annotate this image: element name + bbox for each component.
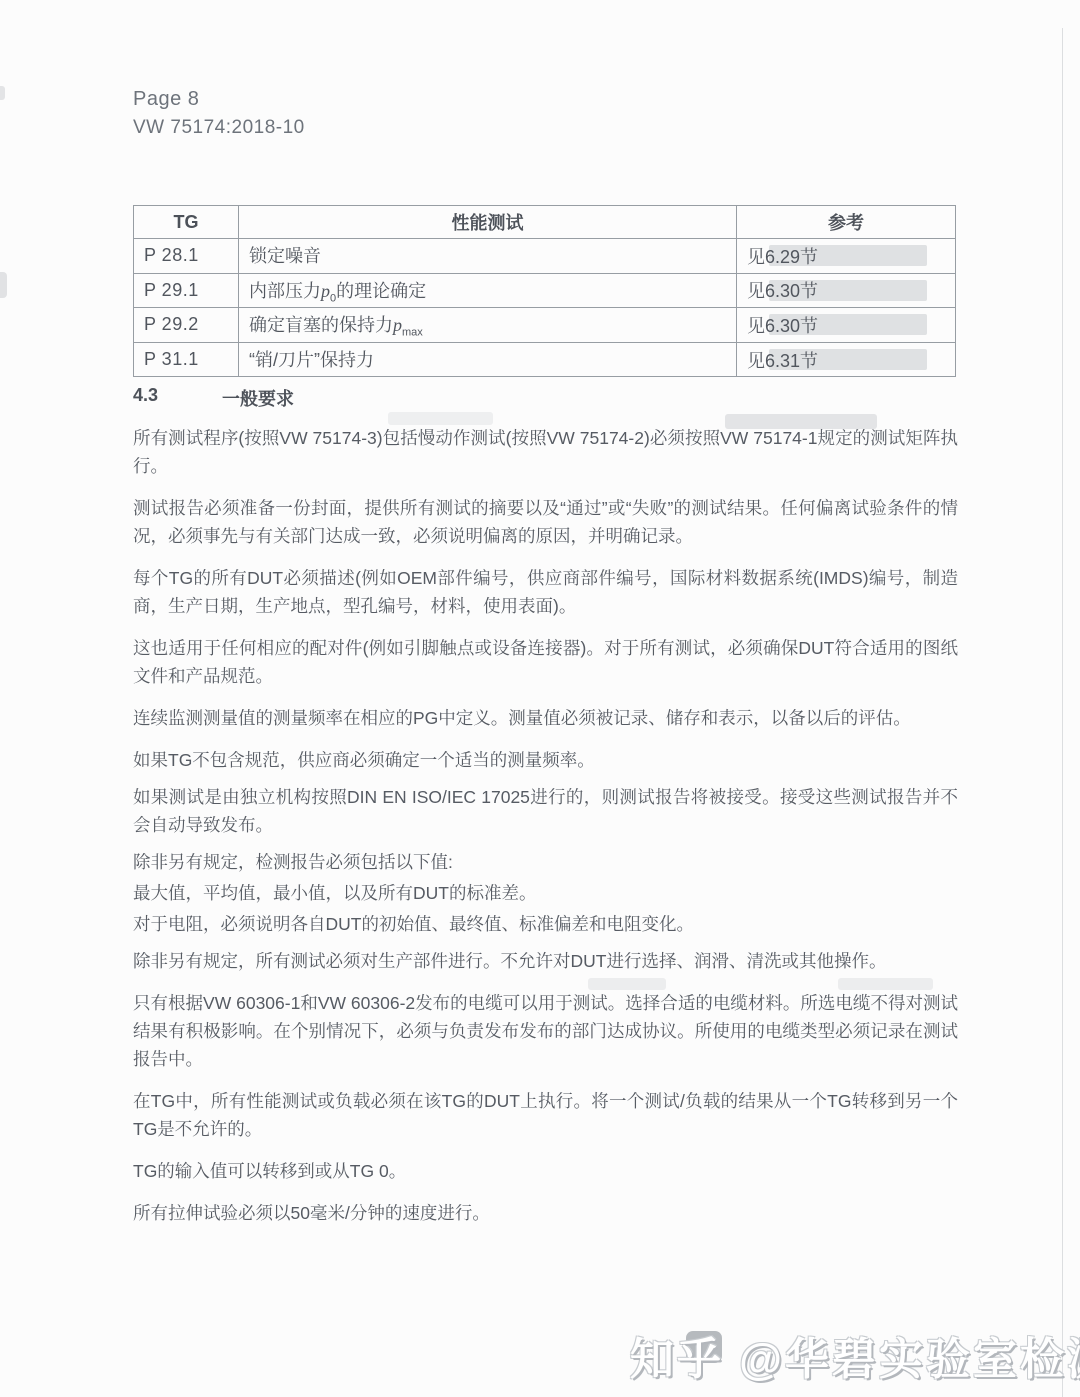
- watermark-smudge: [725, 414, 877, 429]
- table-row: P 28.1 锁定噪音 见6.29节: [134, 239, 956, 274]
- cell-test-name: 确定盲塞的保持力pmax: [239, 308, 737, 343]
- paragraph: 所有测试程序(按照VW 75174-3)包括慢动作测试(按照VW 75174-2…: [133, 424, 958, 480]
- scan-blob-artifact: [0, 86, 5, 100]
- cell-tg-code: P 28.1: [134, 239, 239, 274]
- paragraph: 只有根据VW 60306-1和VW 60306-2发布的电缆可以用于测试。选择合…: [133, 989, 958, 1073]
- cell-test-name: 内部压力p0的理论确定: [239, 273, 737, 308]
- table-header-row: TG 性能测试 参考: [134, 206, 956, 239]
- body-text: 所有测试程序(按照VW 75174-3)包括慢动作测试(按照VW 75174-2…: [133, 424, 958, 1241]
- paragraph: 除非另有规定，检测报告必须包括以下值:: [133, 848, 958, 876]
- cell-tg-code: P 29.2: [134, 308, 239, 343]
- zhihu-watermark: 知乎 @华碧实验室检测: [630, 1323, 1080, 1387]
- cell-tg-code: P 31.1: [134, 342, 239, 377]
- watermark-smudge: [588, 978, 666, 990]
- table-row: P 31.1 “销/刀片”保持力 见6.31节: [134, 342, 956, 377]
- paragraph: TG的输入值可以转移到或从TG 0。: [133, 1157, 958, 1185]
- section-title: 一般要求: [222, 385, 294, 411]
- paragraph: 除非另有规定，所有测试必须对生产部件进行。不允许对DUT进行选择、润滑、清洗或其…: [133, 947, 958, 975]
- table-row: P 29.1 内部压力p0的理论确定 见6.30节: [134, 273, 956, 308]
- paragraph: 在TG中，所有性能测试或负载必须在该TG的DUT上执行。将一个测试/负载的结果从…: [133, 1087, 958, 1143]
- document-number: VW 75174:2018-10: [133, 117, 305, 139]
- paragraph: 这也适用于任何相应的配对件(例如引脚触点或设备连接器)。对于所有测试，必须确保D…: [133, 634, 958, 690]
- paragraph: 测试报告必须准备一份封面，提供所有测试的摘要以及“通过”或“失败”的测试结果。任…: [133, 494, 958, 550]
- paragraph: 最大值，平均值，最小值，以及所有DUT的标准差。: [133, 879, 958, 907]
- paragraph: 如果TG不包含规范，供应商必须确定一个适当的测量频率。: [133, 746, 958, 774]
- section-heading: 4.3 一般要求: [133, 385, 294, 411]
- paragraph: 每个TG的所有DUT必须描述(例如OEM部件编号，供应商部件编号，国际材料数据系…: [133, 564, 958, 620]
- scan-edge-artifact: [1062, 28, 1063, 1397]
- watermark-smudge: [388, 412, 493, 425]
- table-row: P 29.2 确定盲塞的保持力pmax 见6.30节: [134, 308, 956, 343]
- document-header: Page 8 VW 75174:2018-10: [133, 88, 305, 139]
- column-header-tg: TG: [134, 206, 239, 239]
- section-number: 4.3: [133, 385, 222, 411]
- tg-performance-table: TG 性能测试 参考 P 28.1 锁定噪音 见6.29节 P 29.1 内部压…: [133, 205, 956, 377]
- zhihu-brand: 知乎: [630, 1335, 724, 1384]
- paragraph: 对于电阻，必须说明各自DUT的初始值、最终值、标准偏差和电阻变化。: [133, 910, 958, 938]
- cell-test-name: 锁定噪音: [239, 239, 737, 274]
- column-header-test: 性能测试: [239, 206, 737, 239]
- cell-reference: 见6.30节: [737, 273, 956, 308]
- paragraph: 如果测试是由独立机构按照DIN EN ISO/IEC 17025进行的，则测试报…: [133, 783, 958, 839]
- zhihu-handle: @华碧实验室检测: [739, 1335, 1080, 1384]
- page-number: Page 8: [133, 88, 305, 111]
- cell-reference: 见6.30节: [737, 308, 956, 343]
- cell-reference: 见6.29节: [737, 239, 956, 274]
- cell-tg-code: P 29.1: [134, 273, 239, 308]
- cell-reference: 见6.31节: [737, 342, 956, 377]
- cell-test-name: “销/刀片”保持力: [239, 342, 737, 377]
- paragraph: 连续监测测量值的测量频率在相应的PG中定义。测量值必须被记录、储存和表示，以备以…: [133, 704, 958, 732]
- scanned-document-page: Page 8 VW 75174:2018-10 TG 性能测试 参考 P 28.…: [0, 0, 1080, 1397]
- scan-blob-artifact: [0, 272, 7, 298]
- paragraph: 所有拉伸试验必须以50毫米/分钟的速度进行。: [133, 1199, 958, 1227]
- watermark-smudge: [838, 978, 933, 990]
- column-header-ref: 参考: [737, 206, 956, 239]
